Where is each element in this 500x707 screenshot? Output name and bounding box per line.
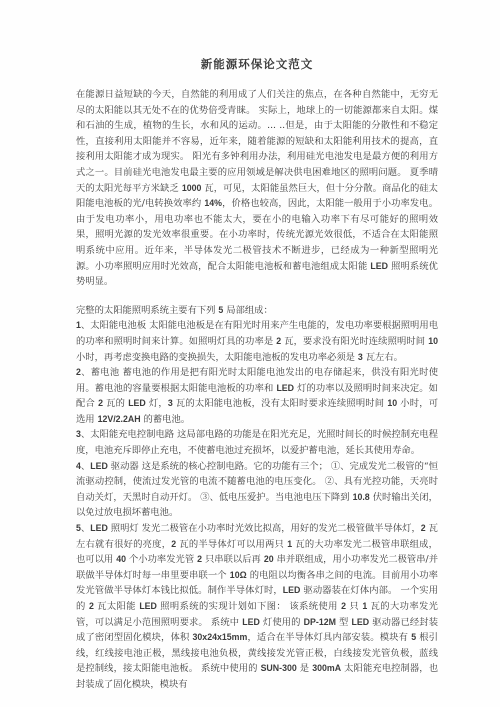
latin-text-run: 4: [76, 461, 81, 471]
latin-text-run: DP-12M: [304, 617, 336, 627]
latin-text-run: 300mA: [312, 663, 341, 673]
latin-text-run: 10: [387, 398, 397, 408]
document-content: 新能源环保论文范文 在能源日益短缺的今天，自然能的利用成了人们关注的焦点，在各种…: [76, 56, 438, 693]
list-item-led-lamp: 5、LED 照明灯 发光二极管在小功率时光效比拟高，用好的发光二极管做半导体灯，…: [76, 521, 438, 693]
latin-text-run: 5: [76, 523, 81, 533]
latin-text-run: 3: [168, 398, 173, 408]
latin-text-run: 1: [76, 320, 81, 330]
latin-text-run: 1000: [182, 183, 202, 193]
latin-text-run: 14%: [204, 198, 222, 208]
latin-text-run: 3: [76, 429, 81, 439]
latin-text-run: LED: [242, 617, 260, 627]
latin-text-run: LED: [370, 261, 388, 271]
latin-text-run: 30x24x15mm: [193, 632, 248, 642]
latin-text-run: 2: [171, 539, 176, 549]
list-item-led-driver: 4、LED 驱动器 这是系统的核心控制电路。它的功能有三个； ①、完成发光二极管…: [76, 459, 438, 521]
latin-text-run: LED: [90, 461, 108, 471]
list-item-storage-battery: 2、蓄电池 蓄电池的作用是把有阳光时太阳能电池发出的电存储起来，供没有阳光时使用…: [76, 365, 438, 427]
latin-text-run: 10Ω: [230, 570, 247, 580]
latin-text-run: LED: [90, 523, 108, 533]
latin-text-run: 40: [116, 554, 126, 564]
latin-text-run: LED: [139, 601, 157, 611]
latin-text-run: 5: [411, 632, 416, 642]
latin-text-run: 1: [287, 539, 292, 549]
latin-text-run: 2: [98, 398, 103, 408]
latin-text-run: 2: [341, 601, 346, 611]
latin-text-run: 2: [421, 523, 426, 533]
system-components-intro: 完整的太阳能照明系统主要有下列 5 局部组成：: [76, 303, 438, 319]
latin-text-run: 2: [89, 601, 94, 611]
latin-text-run: SUN-300: [261, 663, 297, 673]
latin-text-run: 2: [276, 336, 281, 346]
intro-paragraph: 在能源日益短缺的今天，自然能的利用成了人们关注的焦点，在各种自然能中，无穷无尽的…: [76, 87, 438, 290]
latin-text-run: LED: [352, 617, 370, 627]
latin-text-run: 3: [358, 352, 363, 362]
latin-text-run: LED: [283, 585, 301, 595]
latin-text-run: 10.8: [353, 492, 370, 502]
list-item-solar-panel: 1、太阳能电池板 太阳能电池板是在有阳光时用来产生电能的，发电功率要根据照明用电…: [76, 318, 438, 365]
latin-text-run: LED: [276, 383, 294, 393]
latin-text-run: 12V/2.2AH: [98, 414, 141, 424]
document-title: 新能源环保论文范文: [76, 56, 438, 72]
latin-text-run: 5: [218, 305, 223, 315]
latin-text-run: 2: [197, 554, 202, 564]
list-item-charge-controller: 3、太阳能充电控制电路 这局部电路的功能是在阳光充足，光照时间长的时候控制充电程…: [76, 427, 438, 458]
latin-text-run: 20: [264, 554, 274, 564]
document-page: 新能源环保论文范文 在能源日益短缺的今天，自然能的利用成了人们关注的焦点，在各种…: [0, 0, 500, 707]
latin-text-run: 10: [428, 336, 438, 346]
latin-text-run: LED: [128, 398, 146, 408]
latin-text-run: 1: [362, 601, 367, 611]
latin-text-run: 2: [76, 367, 81, 377]
